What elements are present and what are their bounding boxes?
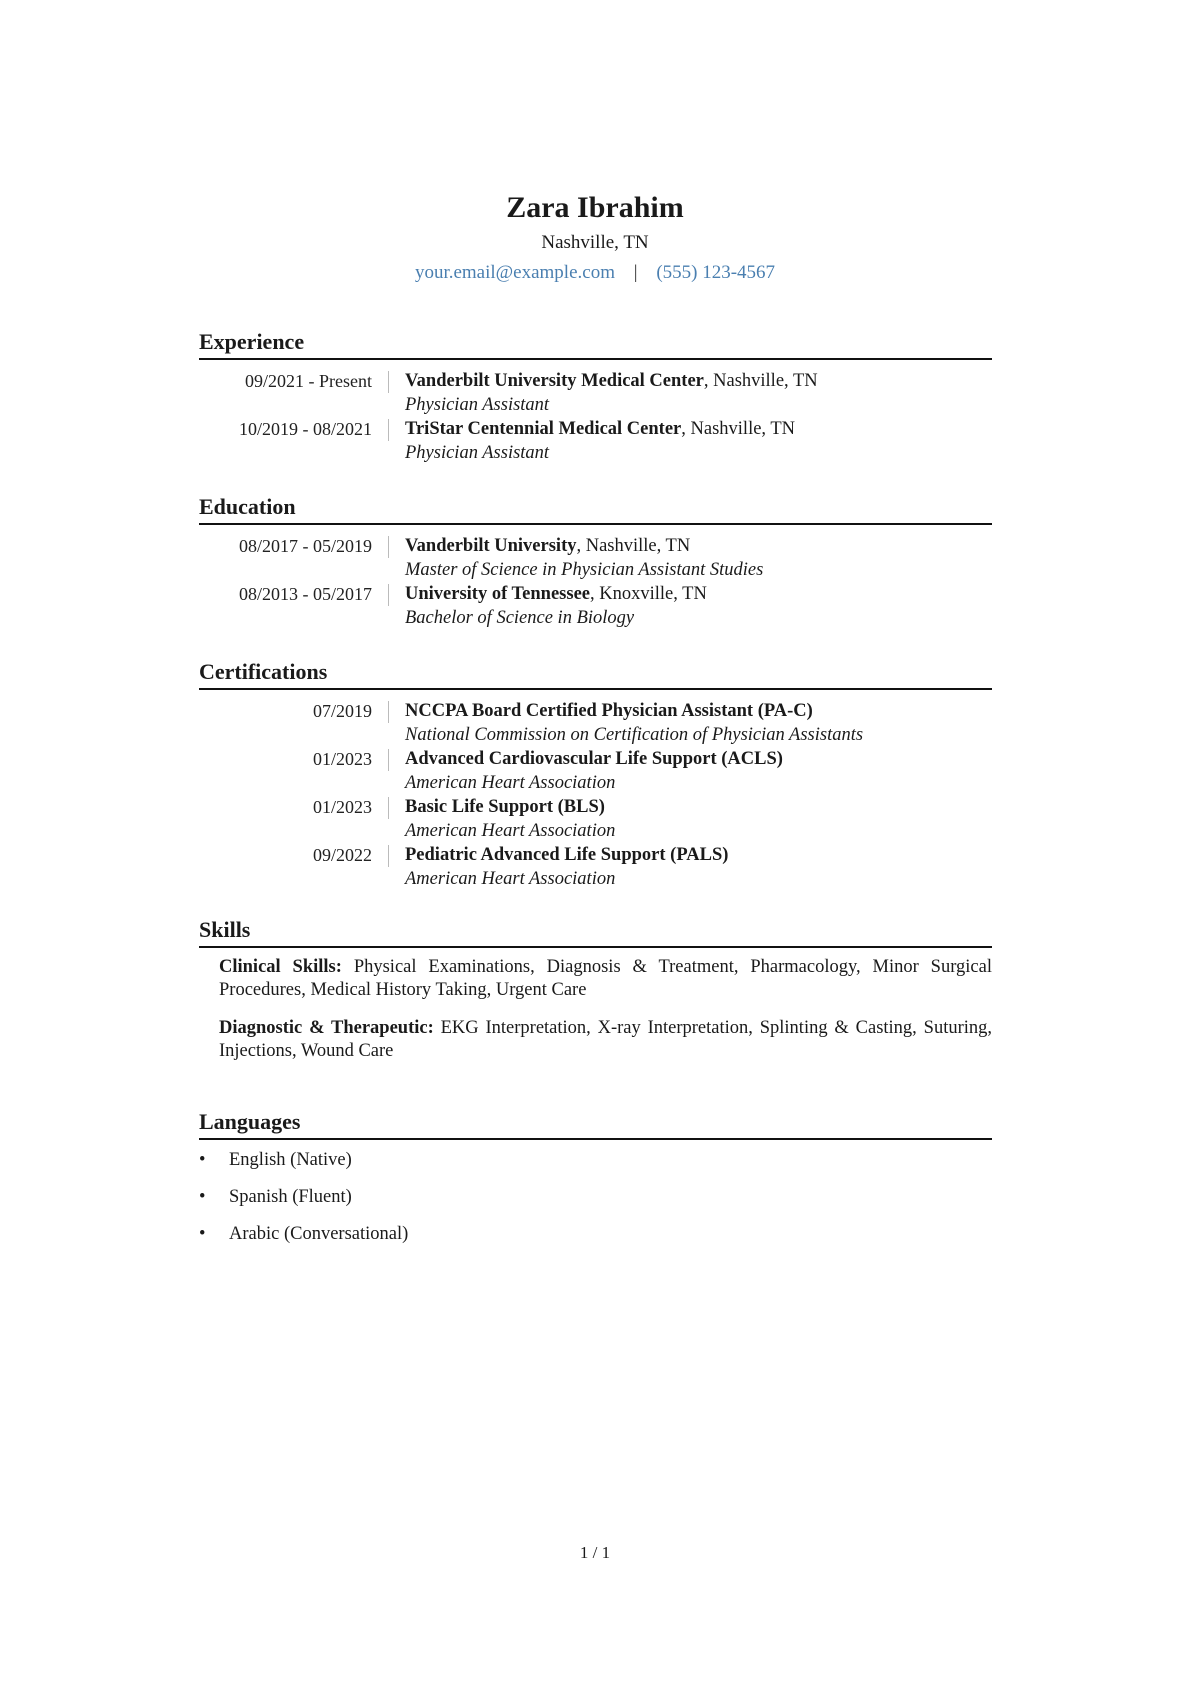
skills-list: Clinical Skills: Physical Examinations, … [199,956,992,1063]
bullet-icon: • [199,1148,205,1172]
certification-entry: 01/2023 Basic Life Support (BLS)American… [199,795,992,843]
language-text: English (Native) [229,1150,352,1170]
entry-place: , Nashville, TN [576,536,690,556]
experience-list: 09/2021 - Present Vanderbilt University … [199,369,992,465]
certifications-section: Certifications 07/2019 NCCPA Board Certi… [199,658,992,891]
resume-page: Zara Ibrahim Nashville, TN your.email@ex… [0,0,1190,1683]
entry-degree: Bachelor of Science in Biology [405,606,707,630]
entry-divider [388,797,389,819]
education-entry: 08/2017 - 05/2019 Vanderbilt University,… [199,534,992,582]
page-number: 1 / 1 [0,1543,1190,1563]
languages-section: Languages •English (Native) •Spanish (Fl… [199,1108,992,1259]
languages-list: •English (Native) •Spanish (Fluent) •Ara… [199,1148,992,1259]
entry-divider [388,749,389,771]
certification-issuer: American Heart Association [405,819,615,843]
section-title-skills: Skills [199,916,992,948]
certification-name: Advanced Cardiovascular Life Support (AC… [405,749,783,769]
candidate-name: Zara Ibrahim [0,190,1190,226]
candidate-location: Nashville, TN [0,231,1190,255]
entry-org: TriStar Centennial Medical Center [405,419,681,439]
language-item: •English (Native) [199,1148,992,1185]
bullet-icon: • [199,1185,205,1209]
entry-org: University of Tennessee [405,584,590,604]
entry-place: , Nashville, TN [681,419,795,439]
entry-place: , Nashville, TN [704,371,818,391]
education-list: 08/2017 - 05/2019 Vanderbilt University,… [199,534,992,630]
entry-role: Physician Assistant [405,441,795,465]
entry-divider [388,371,389,393]
entry-place: , Knoxville, TN [590,584,707,604]
education-entry: 08/2013 - 05/2017 University of Tennesse… [199,582,992,630]
contact-line: your.email@example.com | (555) 123-4567 [0,261,1190,285]
entry-degree: Master of Science in Physician Assistant… [405,558,763,582]
bullet-icon: • [199,1222,205,1246]
entry-divider [388,536,389,558]
certification-name: Pediatric Advanced Life Support (PALS) [405,845,728,865]
certification-issuer: American Heart Association [405,867,728,891]
entry-divider [388,584,389,606]
entry-date: 01/2023 [199,795,372,819]
certification-entry: 09/2022 Pediatric Advanced Life Support … [199,843,992,891]
entry-date: 09/2021 - Present [199,369,372,393]
language-item: •Arabic (Conversational) [199,1222,992,1259]
section-title-experience: Experience [199,328,992,360]
section-title-education: Education [199,493,992,525]
certification-issuer: American Heart Association [405,771,783,795]
entry-org: Vanderbilt University [405,536,576,556]
skill-group-label: Clinical Skills: [219,957,342,977]
certification-entry: 01/2023 Advanced Cardiovascular Life Sup… [199,747,992,795]
skills-section: Skills Clinical Skills: Physical Examina… [199,916,992,1078]
section-title-certifications: Certifications [199,658,992,690]
contact-separator: | [634,262,638,283]
skill-group: Diagnostic & Therapeutic: EKG Interpreta… [219,1017,992,1063]
entry-divider [388,701,389,723]
entry-date: 07/2019 [199,699,372,723]
certification-entry: 07/2019 NCCPA Board Certified Physician … [199,699,992,747]
certifications-list: 07/2019 NCCPA Board Certified Physician … [199,699,992,891]
skill-group-label: Diagnostic & Therapeutic: [219,1018,434,1038]
entry-date: 01/2023 [199,747,372,771]
language-text: Spanish (Fluent) [229,1187,352,1207]
phone-link[interactable]: (555) 123-4567 [656,262,775,283]
experience-entry: 10/2019 - 08/2021 TriStar Centennial Med… [199,417,992,465]
email-link[interactable]: your.email@example.com [415,262,615,283]
entry-date: 08/2017 - 05/2019 [199,534,372,558]
education-section: Education 08/2017 - 05/2019 Vanderbilt U… [199,493,992,630]
entry-date: 09/2022 [199,843,372,867]
skill-group: Clinical Skills: Physical Examinations, … [219,956,992,1002]
certification-name: Basic Life Support (BLS) [405,797,605,817]
entry-date: 10/2019 - 08/2021 [199,417,372,441]
certification-issuer: National Commission on Certification of … [405,723,863,747]
entry-divider [388,419,389,441]
entry-role: Physician Assistant [405,393,818,417]
experience-entry: 09/2021 - Present Vanderbilt University … [199,369,992,417]
entry-date: 08/2013 - 05/2017 [199,582,372,606]
certification-name: NCCPA Board Certified Physician Assistan… [405,701,813,721]
entry-org: Vanderbilt University Medical Center [405,371,704,391]
language-text: Arabic (Conversational) [229,1224,408,1244]
language-item: •Spanish (Fluent) [199,1185,992,1222]
experience-section: Experience 09/2021 - Present Vanderbilt … [199,328,992,465]
entry-divider [388,845,389,867]
section-title-languages: Languages [199,1108,992,1140]
